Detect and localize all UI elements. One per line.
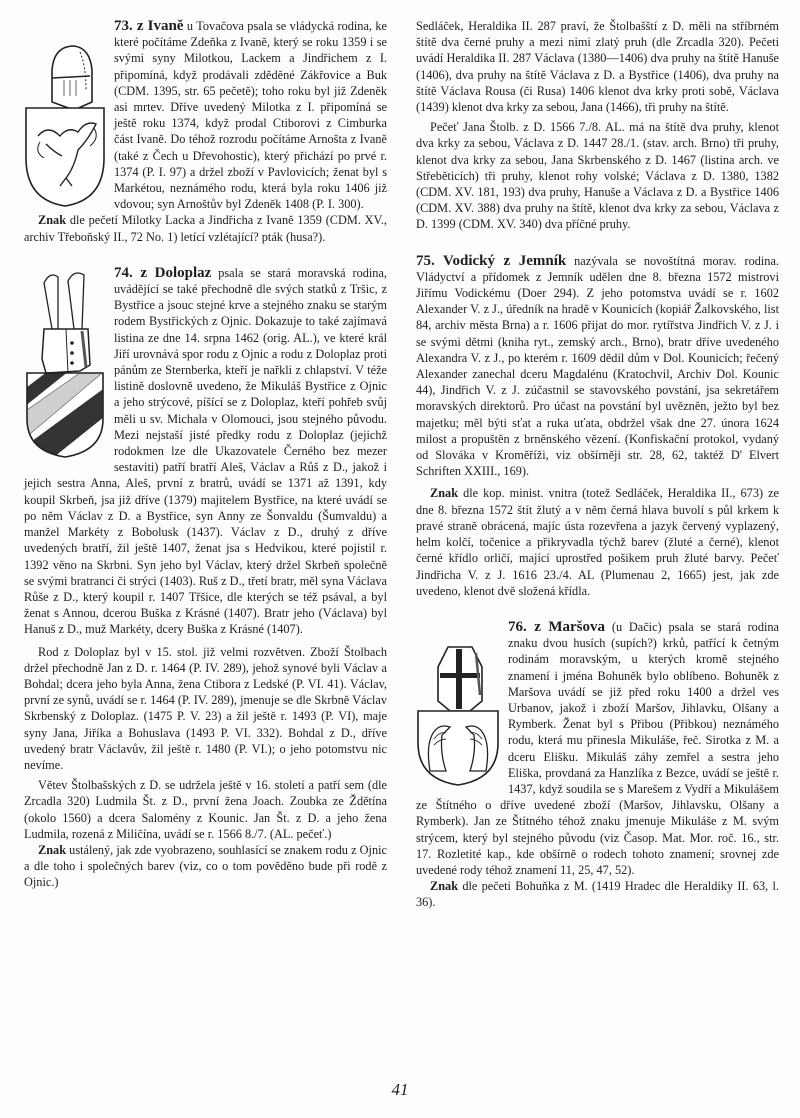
entry-75: 75. Vodický z Jemník nazývala se novoští…: [416, 253, 779, 599]
entry-73-znak: Znak dle pečetí Milotky Lacka a Jindřich…: [24, 212, 387, 244]
coat-of-arms-helmet-two-necks-icon: [416, 639, 500, 787]
entry-76-intro: 76. z Maršova (u Dačic) psala se st: [416, 619, 779, 878]
entry-74-continued-paragraph-1: Sedláček, Heraldika II. 287 praví, že Št…: [416, 18, 779, 115]
entry-74-continued: Sedláček, Heraldika II. 287 praví, že Št…: [416, 18, 779, 233]
entry-74-intro: 74. z Doloplaz: [24, 265, 387, 638]
entry-73-heading: 73. z Ivaně: [114, 18, 183, 34]
entry-76-znak: Znak dle pečeti Bohuňka z M. (1419 Hrade…: [416, 878, 779, 910]
entry-74-continued-paragraph-2: Pečeť Jana Štolb. z D. 1566 7./8. AL. má…: [416, 119, 779, 232]
coat-of-arms-helmet-bend-icon: [24, 269, 106, 459]
book-page: 73. z Ivaně u Tovačova psala se vládycká…: [0, 0, 800, 1118]
entry-74: 74. z Doloplaz: [24, 265, 387, 891]
entry-74-heading: 74. z Doloplaz: [114, 265, 211, 281]
entry-73-intro: 73. z Ivaně u Tovačova psala se vládycká…: [24, 18, 387, 212]
entry-76-heading: 76. z Maršova: [508, 619, 605, 635]
entry-74-paragraph-3: Větev Štolbašských z D. se udržela ještě…: [24, 777, 387, 842]
page-number: 41: [0, 1080, 800, 1100]
left-column: 73. z Ivaně u Tovačova psala se vládycká…: [24, 18, 387, 891]
entry-75-znak: Znak dle kop. minist. vnitra (totež Sedl…: [416, 485, 779, 598]
entry-75-intro: 75. Vodický z Jemník nazývala se novoští…: [416, 253, 779, 480]
coat-of-arms-helmet-bird-icon: [24, 40, 106, 208]
entry-76: 76. z Maršova (u Dačic) psala se st: [416, 619, 779, 911]
entry-73: 73. z Ivaně u Tovačova psala se vládycká…: [24, 18, 387, 245]
entry-75-heading: 75. Vodický z Jemník: [416, 253, 566, 269]
right-column: Sedláček, Heraldika II. 287 praví, že Št…: [416, 18, 779, 911]
entry-74-paragraph-2: Rod z Doloplaz byl v 15. stol. již velmi…: [24, 644, 387, 774]
entry-74-znak: Znak ustálený, jak zde vyobrazeno, souhl…: [24, 842, 387, 891]
